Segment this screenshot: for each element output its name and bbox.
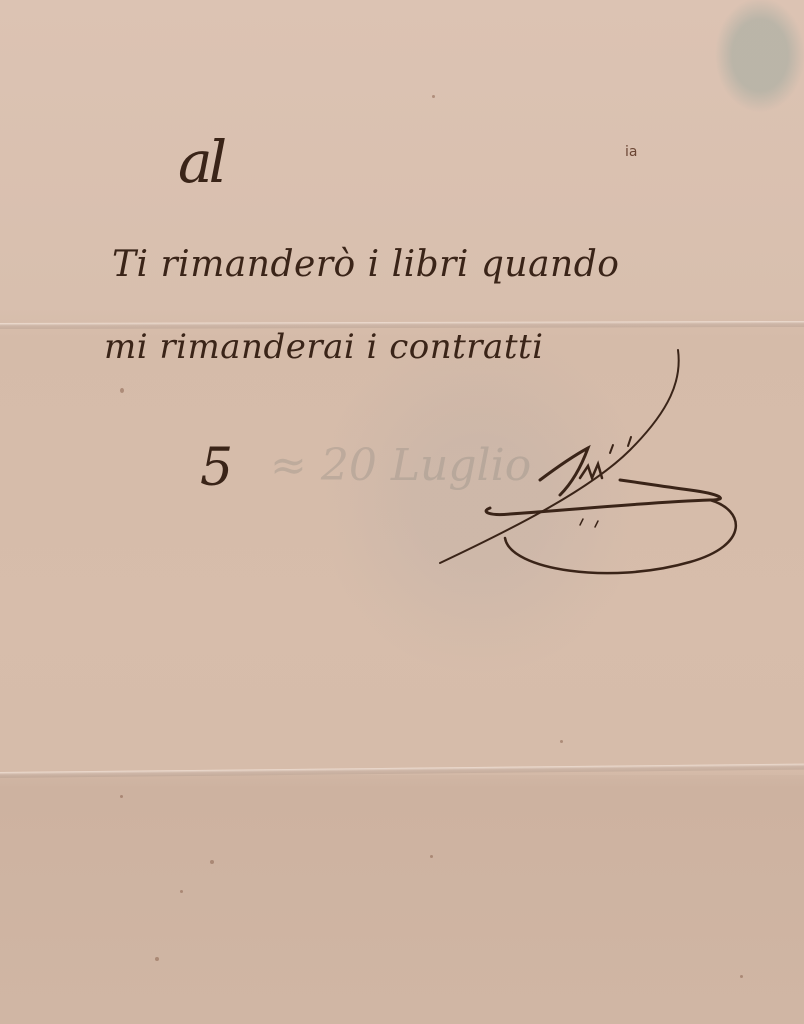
foxing-spot <box>210 860 214 864</box>
salutation: al <box>178 128 223 196</box>
foxing-spot <box>120 795 123 798</box>
lower-fold-panel <box>0 775 804 1024</box>
foxing-spot <box>180 890 183 893</box>
foxing-spot <box>560 740 563 743</box>
letter-line-1: Ti rimanderò i libri quando <box>112 244 619 285</box>
foxing-spot <box>120 388 124 393</box>
foxing-spot <box>432 95 435 98</box>
foxing-spot <box>740 975 743 978</box>
signature <box>420 330 780 600</box>
foxing-spot <box>430 855 433 858</box>
letter-sheet: ia ≈ 20 Luglio al Ti rimanderò i libri q… <box>0 0 804 1024</box>
foxing-spot <box>155 957 159 961</box>
corner-ink-mark: ia <box>625 144 637 160</box>
marginal-number: 5 <box>200 438 233 498</box>
